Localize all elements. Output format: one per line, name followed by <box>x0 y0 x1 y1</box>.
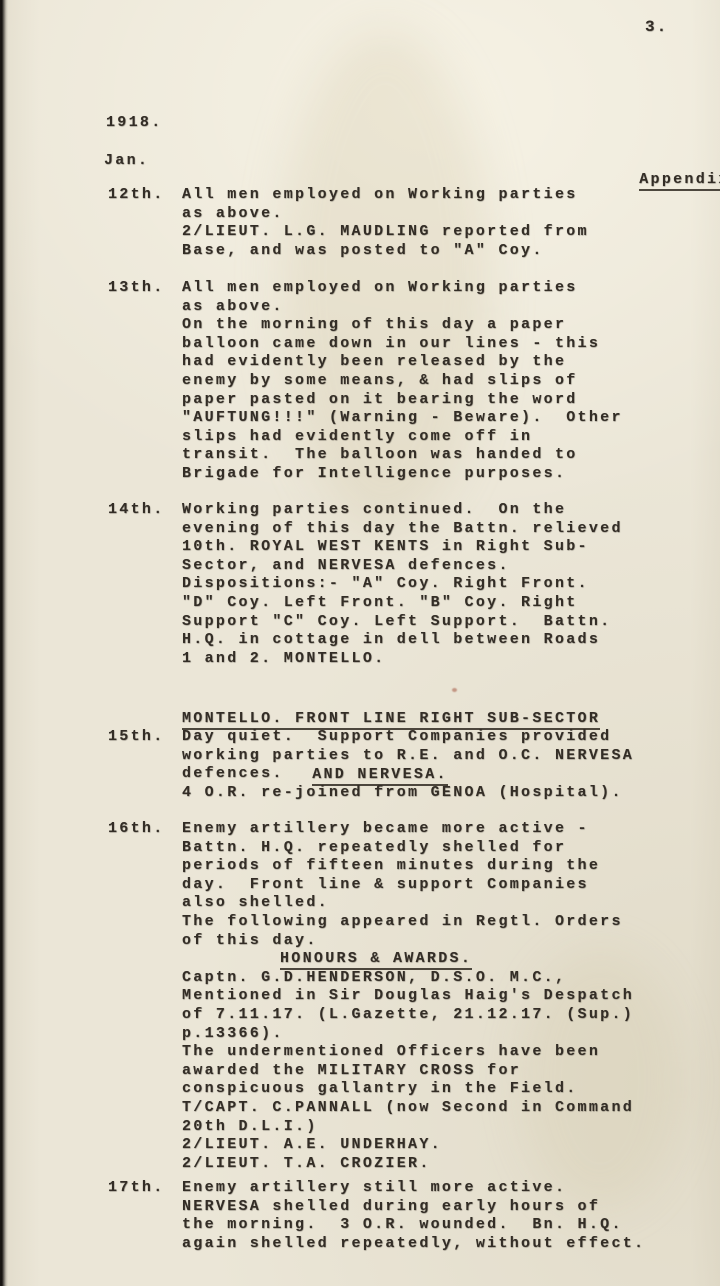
text-line: p.13366). <box>182 1025 634 1044</box>
text-line: H.Q. in cottage in dell between Roads <box>182 631 623 650</box>
scan-left-edge <box>0 0 8 1286</box>
text-line: evening of this day the Battn. relieved <box>182 520 623 539</box>
entry-body: Day quiet. Support Companies providedwor… <box>182 728 634 802</box>
text-line: again shelled repeatedly, without effect… <box>182 1235 645 1254</box>
text-line: Sector, and NERVESA defences. <box>182 557 623 576</box>
text-line: 2/LIEUT. A.E. UNDERHAY. <box>182 1136 634 1155</box>
entry-date: 17th. <box>108 1179 165 1198</box>
text-line: awarded the MILITARY CROSS for <box>182 1062 634 1081</box>
text-line: 10th. ROYAL WEST KENTS in Right Sub- <box>182 538 623 557</box>
entry-body: All men employed on Working partiesas ab… <box>182 279 623 484</box>
text-line: 20th D.L.I.) <box>182 1118 634 1137</box>
text-line: balloon came down in our lines - this <box>182 335 623 354</box>
text-line: of this day. <box>182 932 634 951</box>
entry-date: 15th. <box>108 728 165 747</box>
text-line: "D" Coy. Left Front. "B" Coy. Right <box>182 594 623 613</box>
entry-date: 12th. <box>108 186 165 205</box>
text-line: NERVESA shelled during early hours of <box>182 1198 645 1217</box>
honours-awards-heading: HONOURS & AWARDS. <box>280 950 634 969</box>
entry-date: 13th. <box>108 279 165 298</box>
text-line: enemy by some means, & had slips of <box>182 372 623 391</box>
text-line: Brigade for Intelligence purposes. <box>182 465 623 484</box>
text-line: working parties to R.E. and O.C. NERVESA <box>182 747 634 766</box>
text-line: as above. <box>182 298 623 317</box>
text-line: 2/LIEUT. T.A. CROZIER. <box>182 1155 634 1174</box>
text-line: The undermentioned Officers have been <box>182 1043 634 1062</box>
text-line: Day quiet. Support Companies provided <box>182 728 634 747</box>
text-line: On the morning of this day a paper <box>182 316 623 335</box>
entry-body: All men employed on Working partiesas ab… <box>182 186 589 260</box>
text-line: Mentioned in Sir Douglas Haig's Despatch <box>182 987 634 1006</box>
text-line: Enemy artillery still more active. <box>182 1179 645 1198</box>
text-line: day. Front line & support Companies <box>182 876 634 895</box>
text-line: also shelled. <box>182 894 634 913</box>
section-heading-line1: MONTELLO. FRONT LINE RIGHT SUB-SECTOR <box>182 710 578 729</box>
text-line: defences. <box>182 765 634 784</box>
scanned-diary-page: 3. 1918. Jan. Appendix. 12th. All men em… <box>0 0 720 1286</box>
text-line: of 7.11.17. (L.Gazette, 21.12.17. (Sup.) <box>182 1006 634 1025</box>
text-line: Working parties continued. On the <box>182 501 623 520</box>
text-line: Dispositions:- "A" Coy. Right Front. <box>182 575 623 594</box>
text-line: as above. <box>182 205 589 224</box>
text-line: 4 O.R. re-joined from GENOA (Hospital). <box>182 784 634 803</box>
text-line: Captn. G.D.HENDERSON, D.S.O. M.C., <box>182 969 634 988</box>
text-line: conspicuous gallantry in the Field. <box>182 1080 634 1099</box>
text-line: paper pasted on it bearing the word <box>182 391 623 410</box>
text-line: 2/LIEUT. L.G. MAUDLING reported from <box>182 223 589 242</box>
text-line: Support "C" Coy. Left Support. Battn. <box>182 613 623 632</box>
text-line: All men employed on Working parties <box>182 279 623 298</box>
entry-date: 16th. <box>108 820 165 839</box>
text-line: Battn. H.Q. repeatedly shelled for <box>182 839 634 858</box>
entry-body: Enemy artillery still more active.NERVES… <box>182 1179 645 1253</box>
year-label: 1918. <box>106 114 163 133</box>
text-line: periods of fifteen minutes during the <box>182 857 634 876</box>
entry-body: Working parties continued. On theevening… <box>182 501 623 668</box>
entry-body: Enemy artillery became more active -Batt… <box>182 820 634 1173</box>
appendix-label: Appendix. <box>594 152 720 208</box>
page-number: 3. <box>645 18 668 37</box>
entry-body-part1: Enemy artillery became more active -Batt… <box>182 820 634 950</box>
text-line: "AUFTUNG!!!" (Warning - Beware). Other <box>182 409 623 428</box>
text-line: slips had evidently come off in <box>182 428 623 447</box>
text-line: 1 and 2. MONTELLO. <box>182 650 623 669</box>
text-line: All men employed on Working parties <box>182 186 589 205</box>
text-line: transit. The balloon was handed to <box>182 446 623 465</box>
text-line: Base, and was posted to "A" Coy. <box>182 242 589 261</box>
entry-body-part2: Captn. G.D.HENDERSON, D.S.O. M.C.,Mentio… <box>182 969 634 1174</box>
text-line: The following appeared in Regtl. Orders <box>182 913 634 932</box>
text-line: had evidently been released by the <box>182 353 623 372</box>
entry-date: 14th. <box>108 501 165 520</box>
text-line: Enemy artillery became more active - <box>182 820 634 839</box>
month-label: Jan. <box>104 152 149 171</box>
text-line: T/CAPT. C.PANNALL (now Second in Command <box>182 1099 634 1118</box>
text-line: the morning. 3 O.R. wounded. Bn. H.Q. <box>182 1216 645 1235</box>
